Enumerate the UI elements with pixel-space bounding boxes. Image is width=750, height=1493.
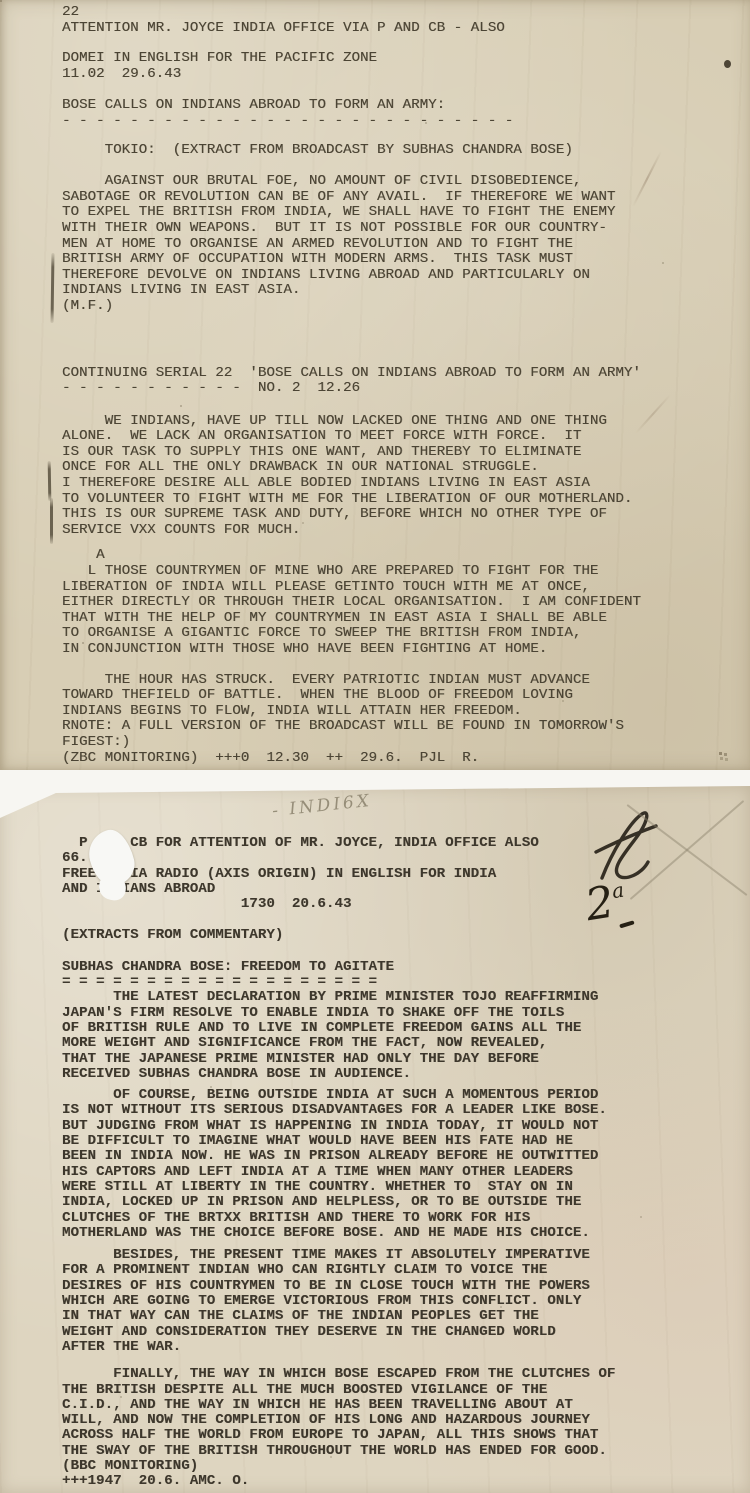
commentary-paragraph-1: THE LATEST DECLARATION BY PRIME MINISTER… <box>62 990 750 1082</box>
commentary-paragraph-4-and-sign-off: FINALLY, THE WAY IN WHICH BOSE ESCAPED F… <box>62 1367 750 1489</box>
channel-and-timestamp: DOMEI IN ENGLISH FOR THE PACIFIC ZONE 11… <box>62 51 750 82</box>
margin-pen-mark <box>51 253 55 323</box>
broadcast-paragraph-1: AGAINST OUR BRUTAL FOE, NO AMOUNT OF CIV… <box>62 174 750 314</box>
broadcast-paragraph-3: A L THOSE COUNTRYMEN OF MINE WHO ARE PRE… <box>62 548 750 657</box>
commentary-paragraph-2: OF COURSE, BEING OUTSIDE INDIA AT SUCH A… <box>62 1088 750 1241</box>
margin-pen-mark <box>48 461 52 501</box>
tokio-dateline: TOKIO: (EXTRACT FROM BROADCAST BY SUBHAS… <box>62 143 750 159</box>
serial-and-attention-lines: 22 ATTENTION MR. JOYCE INDIA OFFICE VIA … <box>62 0 750 36</box>
commentary-paragraph-3: BESIDES, THE PRESENT TIME MAKES IT ABSOL… <box>62 1248 750 1355</box>
broadcast-paragraph-4-and-sign-off: THE HOUR HAS STRUCK. EVERY PATRIOTIC IND… <box>62 673 750 767</box>
margin-pen-mark <box>50 498 53 544</box>
scanned-telegram-pair: 22 ATTENTION MR. JOYCE INDIA OFFICE VIA … <box>0 0 750 1493</box>
attention-header-lines: P AND CB FOR ATTENTION OF MR. JOYCE, IND… <box>62 786 750 912</box>
paper-speckles <box>0 786 2 788</box>
telegram-page-2: P AND CB FOR ATTENTION OF MR. JOYCE, IND… <box>0 786 750 1493</box>
extracts-note: (EXTRACTS FROM COMMENTARY) <box>62 928 750 943</box>
page-number-underline <box>619 920 634 928</box>
commentary-title: SUBHAS CHANDRA BOSE: FREEDOM TO AGITATE … <box>62 960 750 991</box>
broadcast-paragraph-2: WE INDIANS, HAVE UP TILL NOW LACKED ONE … <box>62 414 750 539</box>
continuing-serial-heading: CONTINUING SERIAL 22 'BOSE CALLS ON INDI… <box>62 366 750 397</box>
telegram-page-1: 22 ATTENTION MR. JOYCE INDIA OFFICE VIA … <box>0 0 750 770</box>
bulletin-title: BOSE CALLS ON INDIANS ABROAD TO FORM AN … <box>62 98 750 129</box>
paper-speckles <box>0 0 2 2</box>
